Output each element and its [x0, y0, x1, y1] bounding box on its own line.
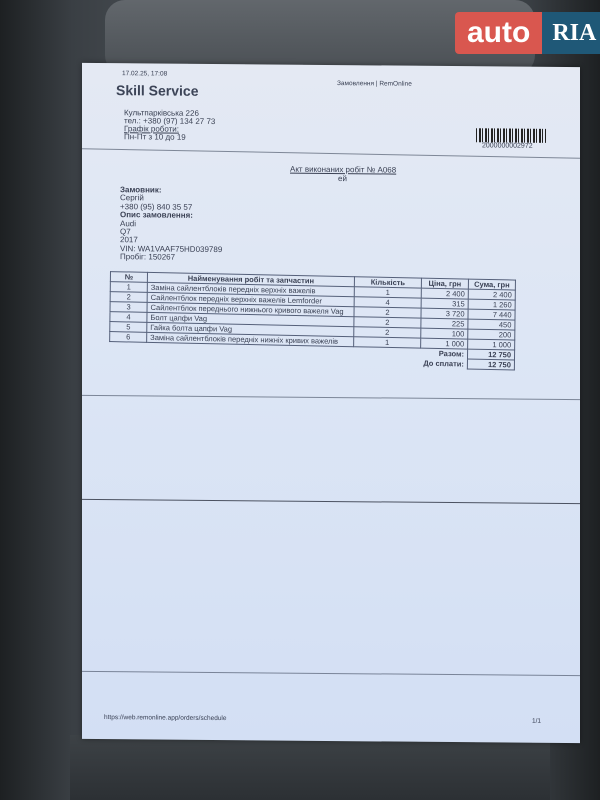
car-year: 2017: [120, 235, 138, 244]
logo-ria: RIA: [542, 12, 600, 54]
schedule: Пн-Пт з 10 до 19: [124, 132, 186, 142]
logo-auto: auto: [455, 12, 542, 54]
mileage: Пробіг: 150267: [120, 252, 175, 261]
barcode: [476, 128, 546, 143]
customer-name: Сергій: [120, 193, 144, 202]
works-table: № Найменування робіт та запчастин Кількі…: [109, 271, 516, 370]
col-sum: Сума, грн: [468, 279, 515, 290]
fold-line: [82, 395, 580, 400]
receipt-paper: 17.02.25, 17:08 Замовлення | RemOnline S…: [82, 63, 580, 743]
page-number: 1/1: [532, 718, 541, 725]
fold-line: [82, 148, 580, 159]
print-datetime: 17.02.25, 17:08: [122, 70, 167, 77]
fold-line: [82, 499, 580, 504]
act-title: Акт виконаних робіт № A068: [290, 165, 396, 175]
autoria-watermark: auto RIA: [455, 12, 600, 54]
barcode-number: 2000000002972: [482, 142, 533, 149]
seat-cushion: [70, 735, 550, 800]
act-sub: ей: [338, 174, 347, 183]
col-price: Ціна, грн: [421, 278, 468, 289]
footer-url[interactable]: https://web.remonline.app/orders/schedul…: [104, 714, 227, 722]
due-value: 12 750: [467, 359, 514, 370]
header-center: Замовлення | RemOnline: [337, 80, 412, 88]
fold-line: [82, 671, 580, 676]
company-name: Skill Service: [116, 82, 199, 99]
